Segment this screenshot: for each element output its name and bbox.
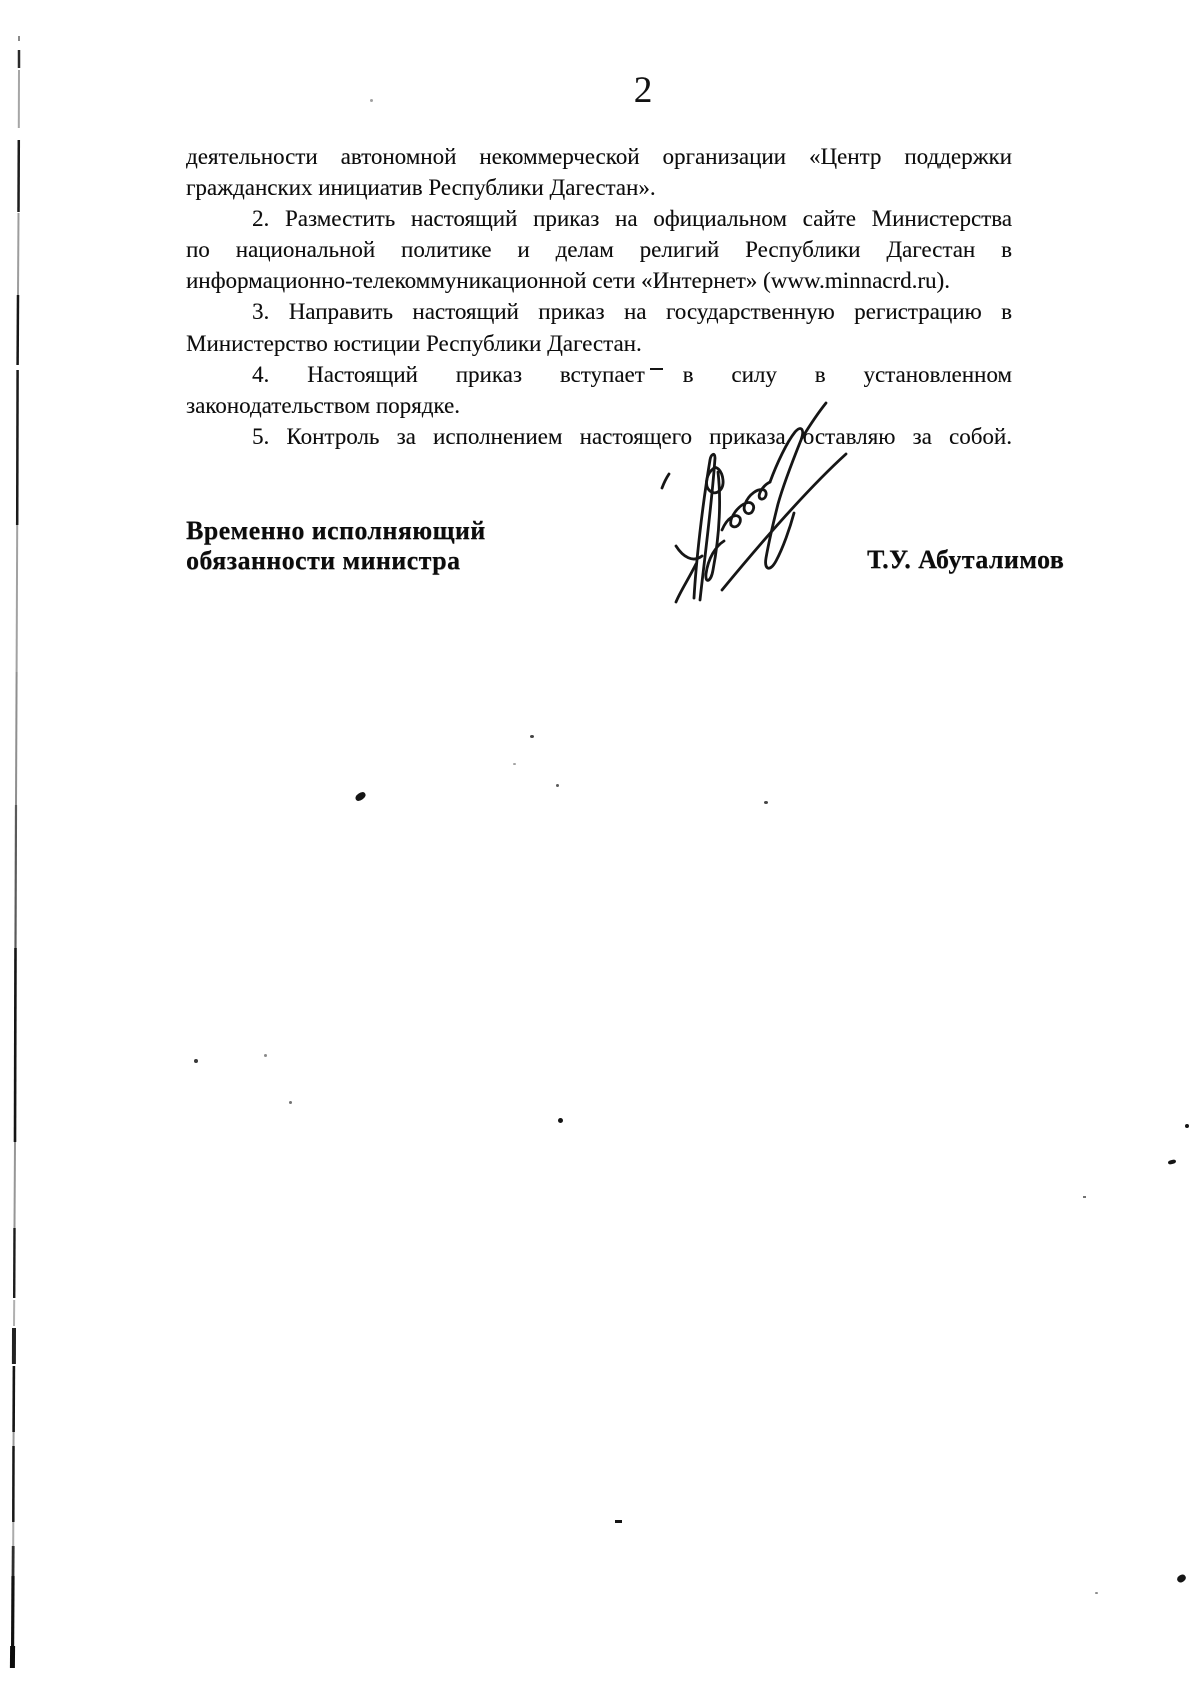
scan-speck-artifact xyxy=(354,790,367,802)
document-body: деятельности автономной некоммерческой о… xyxy=(186,141,1012,452)
signature-stroke xyxy=(802,403,826,438)
scan-speck-artifact xyxy=(194,1059,198,1063)
body-text-line: 5. Контроль за исполнением настоящего пр… xyxy=(186,421,1012,452)
scan-speck-artifact xyxy=(530,735,534,738)
body-text-line: 4. Настоящий приказ вступает в силу в ус… xyxy=(186,359,1012,390)
signature-stroke xyxy=(766,429,803,569)
scan-speck-artifact xyxy=(1185,1124,1189,1128)
scan-speck-artifact xyxy=(513,763,516,765)
handwritten-signature-icon xyxy=(650,398,850,608)
scan-speck-artifact xyxy=(1083,1196,1086,1198)
signatory-position-line1: Временно исполняющий xyxy=(186,516,486,546)
scan-speck-artifact xyxy=(556,784,559,787)
scan-speck-artifact xyxy=(615,1520,622,1523)
signatory-position-line2: обязанности министра xyxy=(186,546,486,576)
body-text-line: по национальной политике и делам религий… xyxy=(186,234,1012,265)
signature-stroke xyxy=(662,474,669,488)
body-text-line: 3. Направить настоящий приказ на государ… xyxy=(186,296,1012,327)
scan-speck-artifact xyxy=(1168,1159,1177,1165)
signature-stroke xyxy=(722,482,770,530)
page-number: 2 xyxy=(634,72,653,109)
body-text-line: Министерство юстиции Республики Дагестан… xyxy=(186,328,1012,359)
body-text-line: законодательством порядке. xyxy=(186,390,1012,421)
body-text-line: информационно-телекоммуникационной сети … xyxy=(186,265,1012,296)
scanned-document-page: { "page": { "number": "2" }, "document":… xyxy=(0,0,1200,1687)
body-text-line: 2. Разместить настоящий приказ на официа… xyxy=(186,203,1012,234)
signatory-name: Т.У. Абуталимов xyxy=(867,545,1064,575)
scan-artifact-left-edge xyxy=(0,0,26,1687)
scan-speck-artifact xyxy=(764,801,768,804)
body-text-line: деятельности автономной некоммерческой о… xyxy=(186,141,1012,172)
scan-speck-artifact xyxy=(264,1054,267,1057)
scan-speck-artifact xyxy=(1176,1573,1187,1584)
scan-speck-artifact xyxy=(1095,1592,1098,1594)
scan-speck-artifact xyxy=(558,1118,563,1123)
scan-speck-artifact xyxy=(370,99,373,102)
signatory-position-title: Временно исполняющий обязанности министр… xyxy=(186,516,486,576)
scan-dash-artifact xyxy=(650,368,663,370)
scan-speck-artifact xyxy=(289,1101,292,1104)
body-text-line: гражданских инициатив Республики Дагеста… xyxy=(186,172,1012,203)
